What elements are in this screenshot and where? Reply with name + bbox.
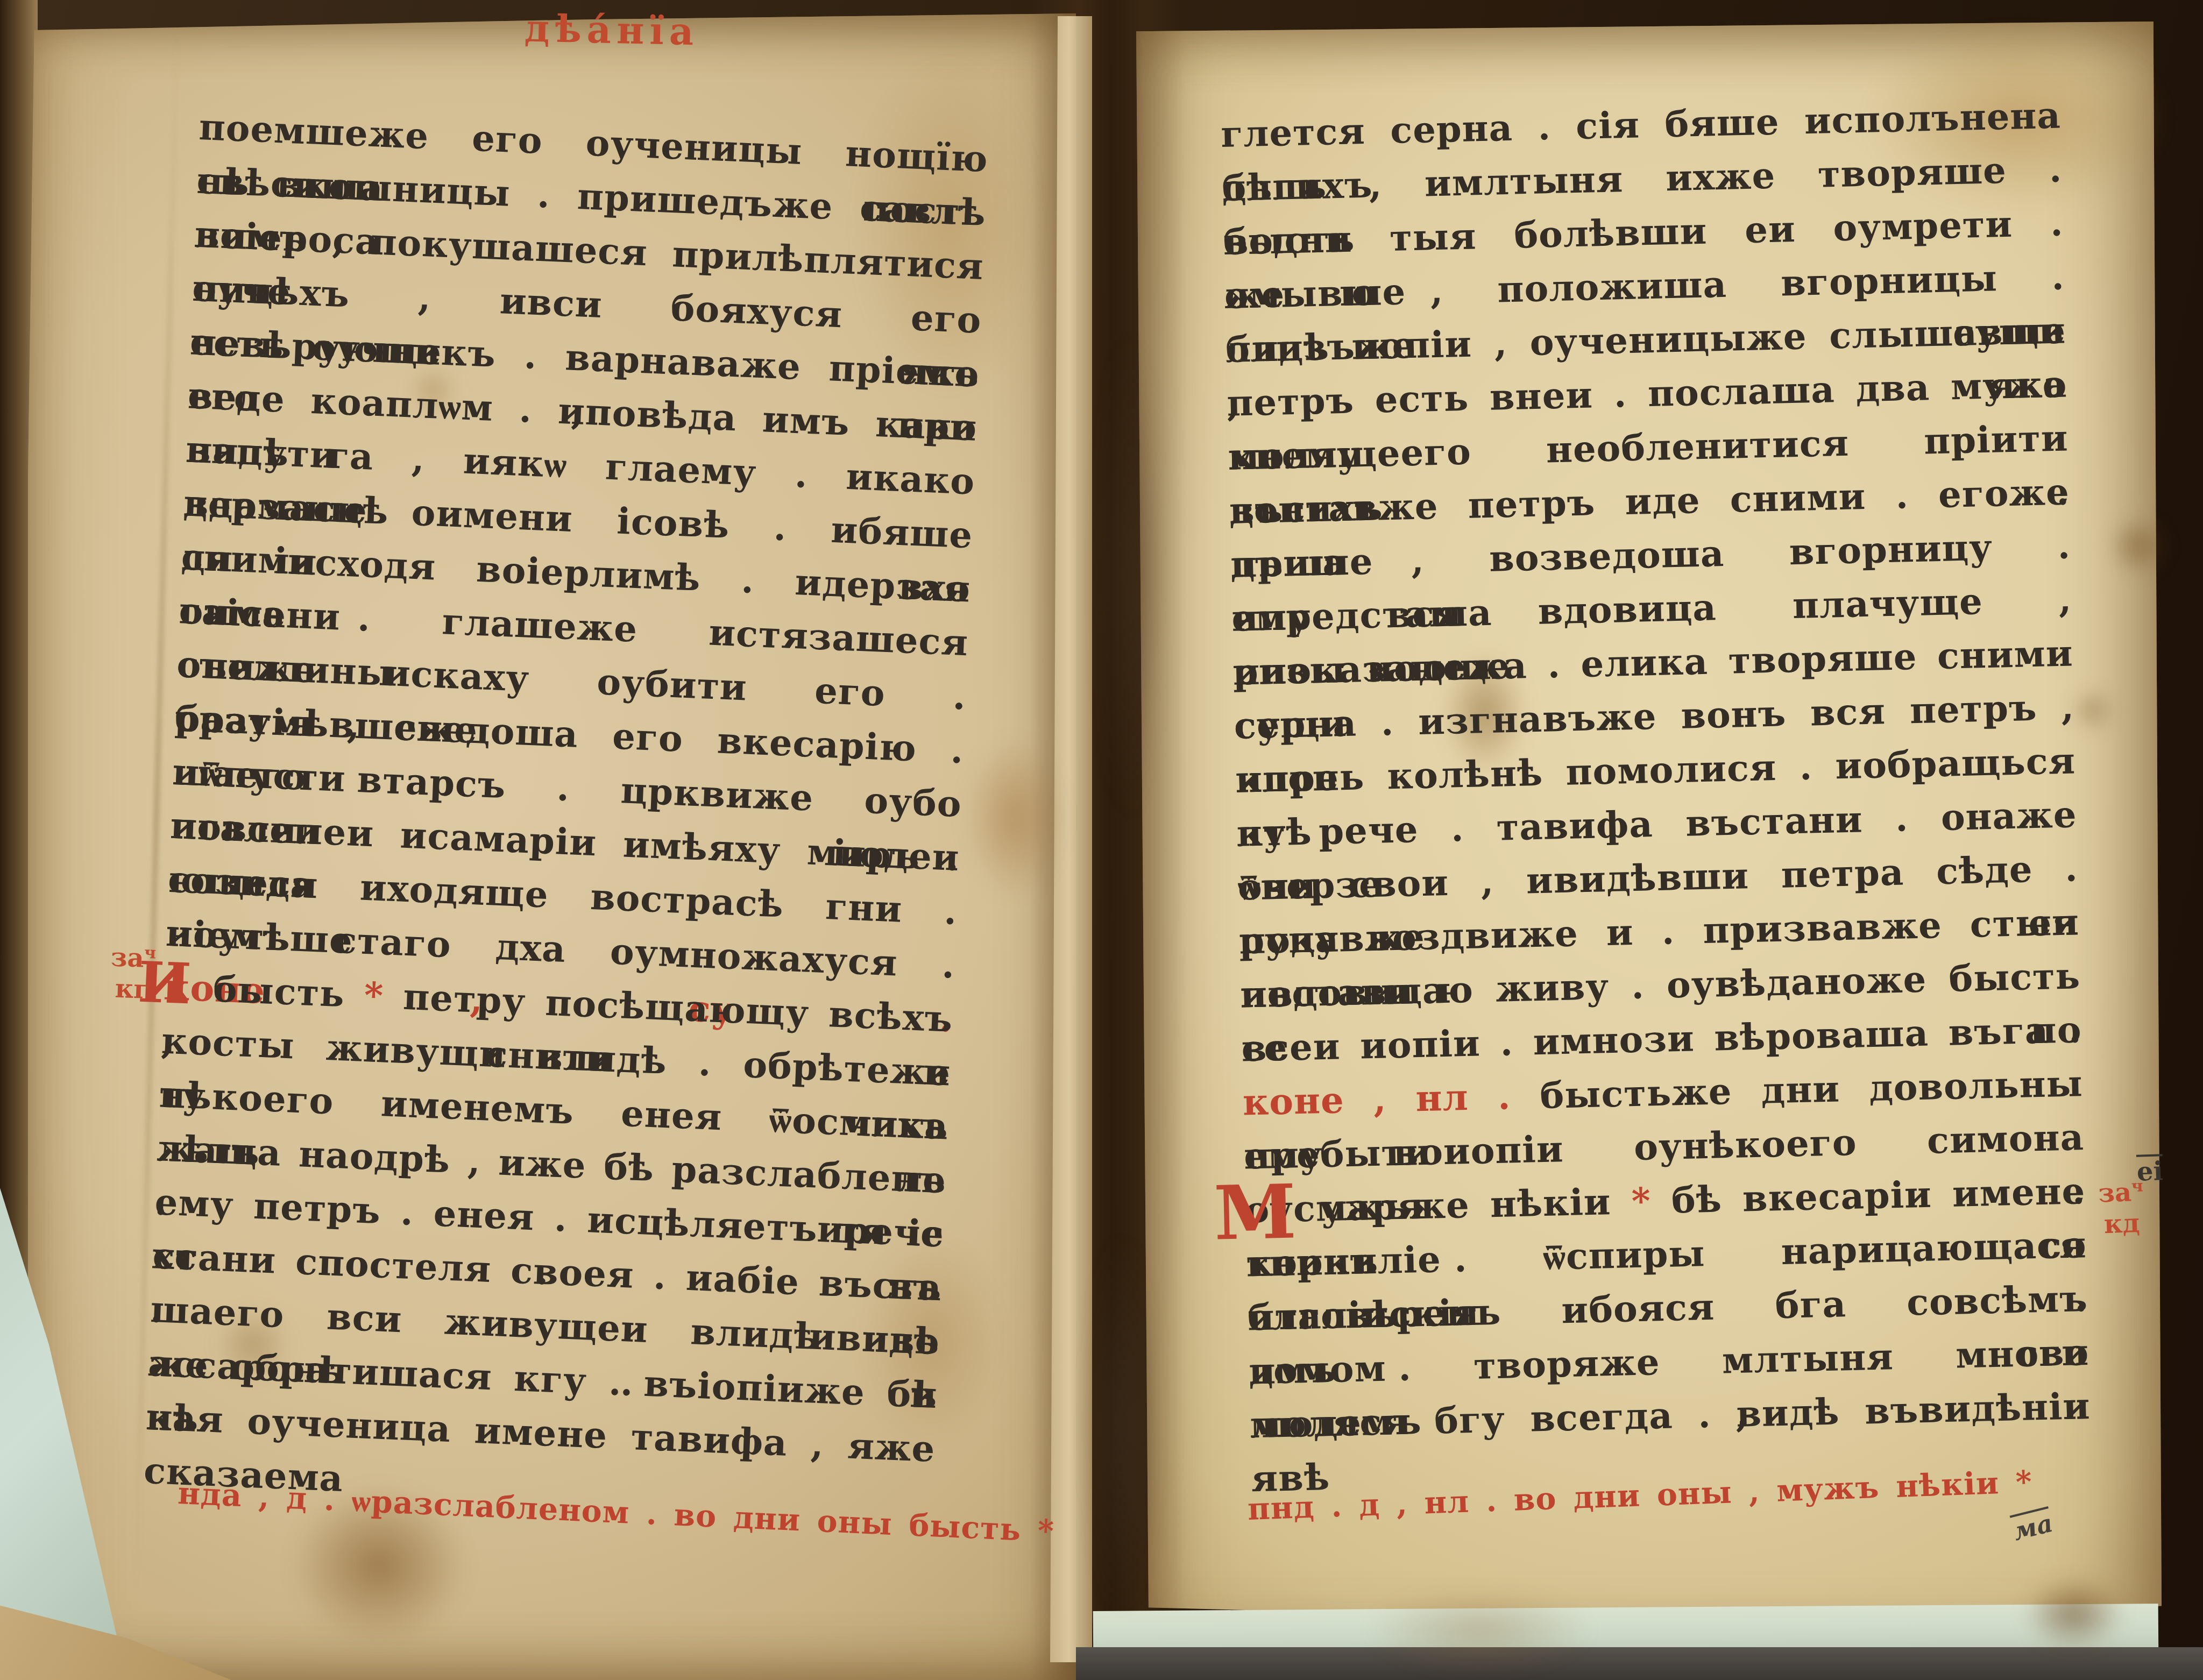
red-initial: М <box>1214 1211 1297 1213</box>
rubric-text: * <box>363 974 384 1017</box>
right-margin-chapter-number: еі <box>2136 1156 2164 1187</box>
body-text: ужъже нѣкіи <box>1320 1180 1612 1229</box>
rubric-text: * <box>1631 1179 1652 1222</box>
book-photo: дѣа́нїа поемшеже его оученицы нощїю свѣс… <box>0 0 2203 1680</box>
table-surface <box>1076 1647 2203 1680</box>
left-margin-zachalo: зач кг <box>86 935 180 1006</box>
left-page-text: поемшеже его оученицы нощїю свѣсиша пост… <box>145 100 989 1476</box>
zachalo-number: кд <box>2076 1207 2168 1241</box>
right-page-text: глется серна . сія бяше исполънена блгих… <box>1220 89 2091 1452</box>
zachalo-label: зач <box>87 935 180 975</box>
rubric-text: коне , нл . <box>1242 1075 1511 1123</box>
body-text: бысть <box>212 967 345 1015</box>
running-title: дѣа́нїа <box>524 6 699 54</box>
zachalo-number: кг <box>86 972 179 1006</box>
